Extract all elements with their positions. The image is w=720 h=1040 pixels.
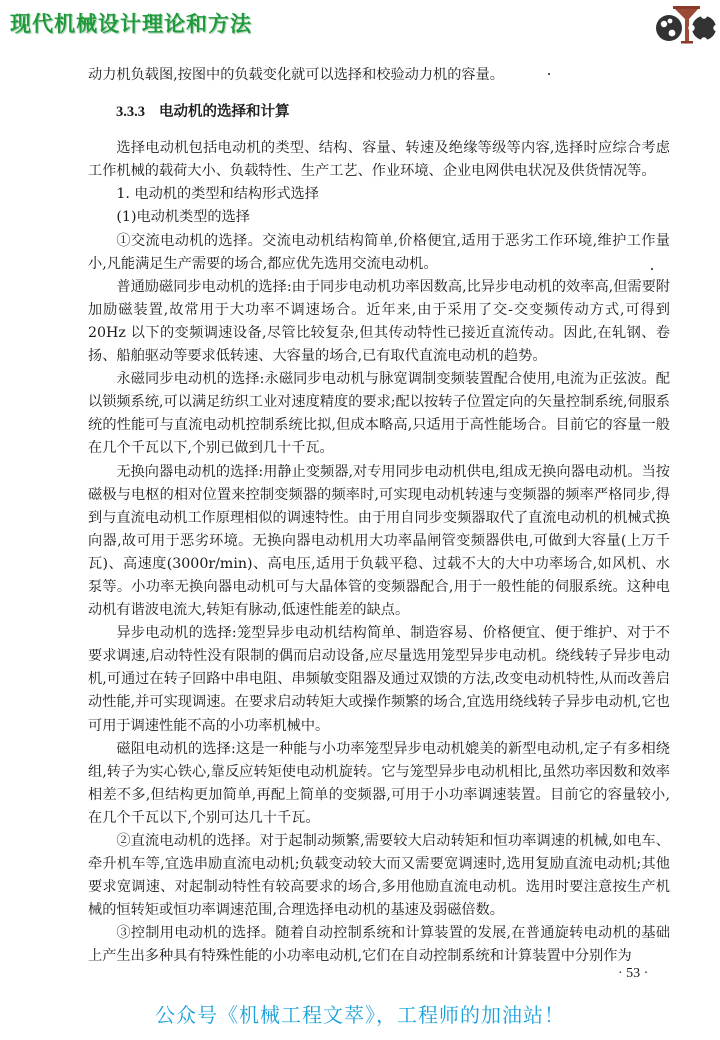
paragraph-reluctance: 磁阻电动机的选择:这是一种能与小功率笼型异步电动机媲美的新型电动机,定子有多相绕…: [88, 738, 670, 830]
paragraph-ac-motor: ①交流电动机的选择。交流电动机结构简单,价格便宜,适用于恶劣工作环境,维护工作量…: [88, 230, 670, 276]
paragraph-excited-synchronous: 普通励磁同步电动机的选择:由于同步电动机功率因数高,比异步电动机的效率高,但需要…: [88, 276, 670, 368]
paragraph-control-motor: ③控制用电动机的选择。随着自动控制系统和计算装置的发展,在普通旋转电动机的基础上…: [88, 922, 670, 968]
book-title: 现代机械设计理论和方法: [10, 8, 252, 38]
paragraph-intro: 选择电动机包括电动机的类型、结构、容量、转速及绝缘等级等内容,选择时应综合考虑工…: [88, 137, 670, 183]
section-heading: 3.3.3电动机的选择和计算: [88, 100, 670, 124]
paragraph-asynchronous: 异步电动机的选择:笼型异步电动机结构简单、制造容易、价格便宜、便于维护、对于不要…: [88, 622, 670, 737]
lead-line: 动力机负载图,按图中的负载变化就可以选择和校验动力机的容量。: [88, 64, 670, 87]
subheading-motor-type: (1)电动机类型的选择: [88, 206, 670, 229]
scan-speck: [548, 73, 550, 75]
paragraph-pm-synchronous: 永磁同步电动机的选择:永磁同步电动机与脉宽调制变频装置配合使用,电流为正弦波。配…: [88, 368, 670, 460]
scan-speck: [651, 268, 653, 270]
footer-banner: 公众号《机械工程文萃》，工程师的加油站！: [0, 999, 720, 1028]
page-number: · 53 ·: [618, 966, 648, 982]
subheading-motor-type-structure: 1. 电动机的类型和结构形式选择: [88, 183, 670, 206]
paragraph-commutatorless: 无换向器电动机的选择:用静止变频器,对专用同步电动机供电,组成无换向器电动机。当…: [88, 461, 670, 623]
paragraph-dc-motor: ②直流电动机的选择。对于起制动频繁,需要较大启动转矩和恒功率调速的机械,如电车、…: [88, 830, 670, 922]
mechanical-logo-icon: [655, 3, 717, 45]
section-title: 电动机的选择和计算: [159, 103, 290, 120]
section-number: 3.3.3: [116, 104, 145, 120]
page-body: 动力机负载图,按图中的负载变化就可以选择和校验动力机的容量。 3.3.3电动机的…: [88, 64, 670, 969]
